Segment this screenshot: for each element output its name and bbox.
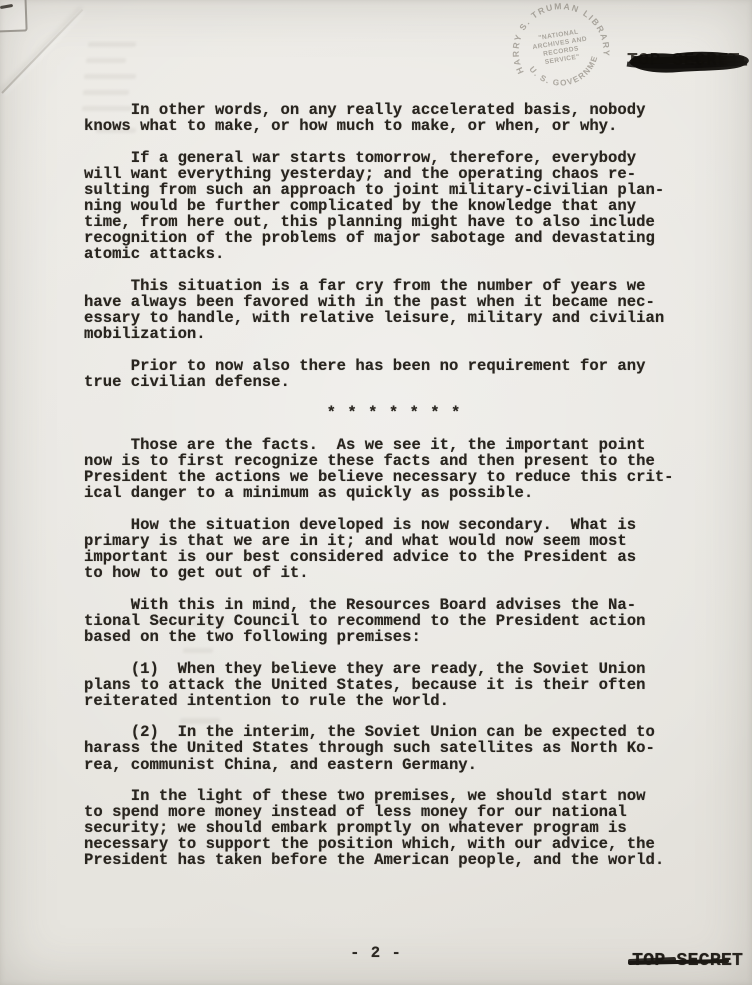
text-line: essary to handle, with relative leisure,… [84,310,704,326]
text-line: mobilization. [84,326,704,342]
text-line: to how to get out of it. [84,565,704,581]
paragraph: If a general war starts tomorrow, theref… [84,150,704,263]
text-line: Prior to now also there has been no requ… [84,358,704,374]
text-line: security; we should embark promptly on w… [84,820,704,836]
text-line: This situation is a far cry from the num… [84,278,704,294]
text-line: Those are the facts. As we see it, the i… [84,437,704,453]
text-line: plans to attack the United States, becau… [84,677,704,693]
document-body: In other words, on any really accelerate… [84,102,704,884]
text-line: time, from here out, this planning might… [84,214,704,230]
text-line: (1) When they believe they are ready, th… [84,661,704,677]
text-line: to spend more money instead of less mone… [84,804,704,820]
paragraph: (1) When they believe they are ready, th… [84,661,704,709]
text-line: In the light of these two premises, we s… [84,788,704,804]
text-line: ical danger to a minimum as quickly as p… [84,485,704,501]
text-line: tional Security Council to recommend to … [84,613,704,629]
classification-top-scribbled: TOP SECRET [625,47,752,79]
text-line: atomic attacks. [84,246,704,262]
paragraph: In other words, on any really accelerate… [84,102,704,134]
text-line: With this in mind, the Resources Board a… [84,597,704,613]
truman-library-archive-stamp: HARRY S. TRUMAN LIBRARY U. S. GOVERNMENT… [499,0,623,113]
text-line: true civilian defense. [84,374,704,390]
bleed-through-artifact [86,58,127,63]
paragraph: Those are the facts. As we see it, the i… [84,437,704,501]
text-line: necessary to support the position which,… [84,836,704,852]
text-line: knows what to make, or how much to make,… [84,118,704,134]
text-line: * * * * * * * [84,405,704,421]
text-line: President the actions we believe necessa… [84,469,704,485]
text-line: How the situation developed is now secon… [84,517,704,533]
bleed-through-artifact [84,74,137,79]
paragraph: In the light of these two premises, we s… [84,788,704,868]
text-line: (2) In the interim, the Soviet Union can… [84,724,704,740]
text-line: now is to first recognize these facts an… [84,453,704,469]
text-line: sulting from such an approach to joint m… [84,182,704,198]
text-line: have always been favored with in the pas… [84,294,704,310]
paragraph: How the situation developed is now secon… [84,517,704,581]
text-line: reiterated intention to rule the world. [84,693,704,709]
text-line: ning would be further complicated by the… [84,198,704,214]
text-line: important is our best considered advice … [84,549,704,565]
text-line: will want everything yesterday; and the … [84,166,704,182]
text-line: primary is that we are in it; and what w… [84,533,704,549]
text-line: recognition of the problems of major sab… [84,230,704,246]
text-line: harass the United States through such sa… [84,740,704,756]
text-line: If a general war starts tomorrow, theref… [84,150,704,166]
paragraph: Prior to now also there has been no requ… [84,358,704,390]
asterisk-separator: * * * * * * * [84,405,704,421]
classification-bottom-struck: TOP SECRET [632,950,752,976]
paragraph: This situation is a far cry from the num… [84,278,704,342]
bleed-through-artifact [88,42,137,47]
text-line: In other words, on any really accelerate… [84,102,704,118]
scanned-page: HARRY S. TRUMAN LIBRARY U. S. GOVERNMENT… [0,0,752,985]
paragraph: (2) In the interim, the Soviet Union can… [84,724,704,772]
text-line: President has taken before the American … [84,852,704,868]
scribble-overlay-icon [625,47,752,79]
bleed-through-artifact [83,90,130,95]
text-line: rea, communist China, and eastern German… [84,757,704,773]
text-line: based on the two following premises: [84,629,704,645]
paragraph: With this in mind, the Resources Board a… [84,597,704,645]
